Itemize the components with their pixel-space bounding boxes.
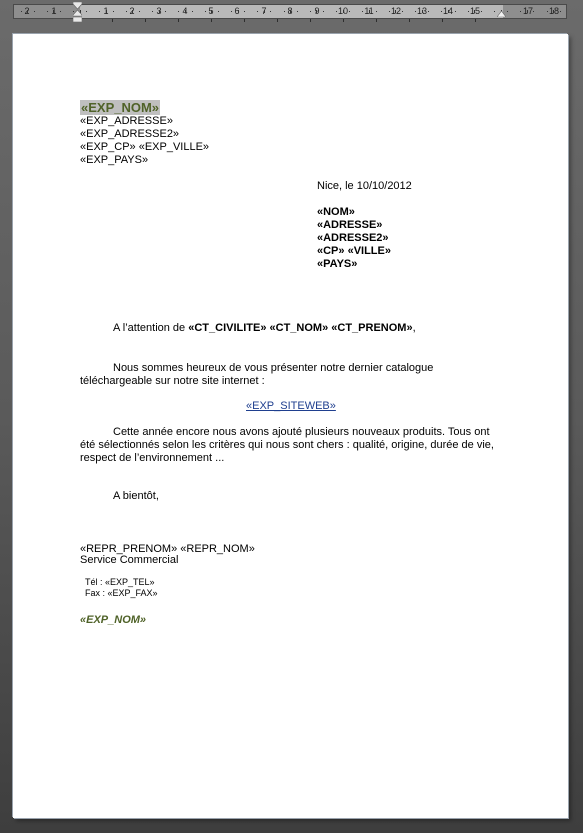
- ruler-tick: [290, 10, 291, 13]
- sender-address2[interactable]: «EXP_ADRESSE2»: [80, 128, 179, 140]
- ruler-tick: [126, 11, 127, 12]
- ruler-tick: [369, 10, 370, 13]
- ruler-tick: [205, 11, 206, 12]
- ruler-tick: [284, 11, 285, 12]
- ruler-tick: [211, 10, 212, 13]
- ruler-tick: [60, 11, 61, 12]
- sender-name-field[interactable]: «EXP_NOM»: [80, 101, 160, 115]
- ruler-tick: [152, 11, 153, 12]
- department: Service Commercial: [80, 554, 178, 566]
- ruler-tick: [238, 10, 239, 13]
- sender-name: «EXP_NOM»: [80, 100, 160, 115]
- ruler-tick: [441, 11, 442, 12]
- ruler-tick: [159, 10, 160, 13]
- ruler-tick: [560, 11, 561, 12]
- ruler-tick: [316, 10, 317, 13]
- paragraph1-line2: téléchargeable sur notre site internet :: [80, 375, 265, 387]
- ruler-tick: [310, 11, 311, 12]
- ruler-tick: [455, 11, 456, 12]
- ruler-tick: [527, 10, 528, 13]
- ruler-tick: [448, 10, 449, 13]
- ruler-tick: [139, 11, 140, 12]
- ruler-tick: [53, 10, 54, 13]
- sender-cp-ville[interactable]: «EXP_CP» «EXP_VILLE»: [80, 141, 209, 153]
- closing-line: A bientôt,: [113, 490, 159, 502]
- ruler-tick: [86, 11, 87, 12]
- ruler-tick: [362, 11, 363, 12]
- ruler-tick: [343, 10, 344, 13]
- paragraph1-line1: Nous sommes heureux de vous présenter no…: [113, 362, 433, 374]
- paragraph2-line3: respect de l’environnement ...: [80, 452, 224, 464]
- ruler-tick: [264, 10, 265, 13]
- ruler-tick: [257, 11, 258, 12]
- ruler-tick: [192, 11, 193, 12]
- ruler-tick: [113, 11, 114, 12]
- sender-country[interactable]: «EXP_PAYS»: [80, 154, 148, 166]
- sender-address1[interactable]: «EXP_ADRESSE»: [80, 115, 173, 127]
- ruler-tick: [507, 11, 508, 12]
- attention-prefix: A l’attention de: [113, 322, 188, 334]
- ruler-tick: [389, 11, 390, 12]
- ruler-tick: [481, 11, 482, 12]
- ruler-tick: [34, 11, 35, 12]
- ruler-tick: [165, 11, 166, 12]
- ruler-tick: [132, 10, 133, 13]
- ruler-tick: [297, 11, 298, 12]
- recipient-name[interactable]: «NOM»: [317, 206, 355, 218]
- ruler-tick: [402, 11, 403, 12]
- contact-fields[interactable]: «CT_CIVILITE» «CT_NOM» «CT_PRENOM»: [188, 322, 412, 334]
- recipient-address1[interactable]: «ADRESSE»: [317, 219, 382, 231]
- ruler-tick: [395, 10, 396, 13]
- recipient-country[interactable]: «PAYS»: [317, 258, 357, 270]
- ruler-tick: [47, 11, 48, 12]
- ruler-tick: [553, 10, 554, 13]
- ruler-tick: [218, 11, 219, 12]
- ruler-tick: [468, 11, 469, 12]
- ruler-tick: [376, 11, 377, 12]
- ruler-tick: [547, 11, 548, 12]
- website-link[interactable]: «EXP_SITEWEB»: [246, 400, 336, 412]
- ruler-tick: [99, 11, 100, 12]
- ruler-tick: [336, 11, 337, 12]
- attention-suffix: ,: [413, 322, 416, 334]
- ruler-tick: [494, 11, 495, 12]
- ruler-tick: [349, 11, 350, 12]
- recipient-address2[interactable]: «ADRESSE2»: [317, 232, 389, 244]
- ruler-tick: [323, 11, 324, 12]
- ruler-tick: [533, 11, 534, 12]
- phone-line[interactable]: Tél : «EXP_TEL»: [85, 577, 155, 587]
- ruler-tick: [185, 10, 186, 13]
- ruler-tick: [474, 10, 475, 13]
- ruler-tick: [231, 11, 232, 12]
- ruler-tick: [27, 10, 28, 13]
- recipient-cp-ville[interactable]: «CP» «VILLE»: [317, 245, 391, 257]
- fax-line[interactable]: Fax : «EXP_FAX»: [85, 588, 158, 598]
- attention-line: A l’attention de «CT_CIVILITE» «CT_NOM» …: [113, 322, 416, 334]
- paragraph2-line2: été sélectionnés selon les critères qui …: [80, 439, 494, 451]
- date-line: Nice, le 10/10/2012: [317, 180, 412, 192]
- ruler-tick: [415, 11, 416, 12]
- ruler-tick: [106, 10, 107, 13]
- ruler-tick: [244, 11, 245, 12]
- document-page[interactable]: «EXP_NOM» «EXP_ADRESSE» «EXP_ADRESSE2» «…: [13, 34, 568, 818]
- ruler-tick: [422, 10, 423, 13]
- ruler-tick: [270, 11, 271, 12]
- paragraph2-line1: Cette année encore nous avons ajouté plu…: [113, 426, 490, 438]
- ruler-number: 17: [523, 6, 533, 16]
- signature-company-name[interactable]: «EXP_NOM»: [80, 614, 146, 626]
- ruler-tick: [428, 11, 429, 12]
- ruler-tab-stops: [0, 19, 583, 25]
- ruler-tick: [21, 11, 22, 12]
- ruler-tick: [178, 11, 179, 12]
- ruler-tick: [520, 11, 521, 12]
- horizontal-ruler[interactable]: 2 1 1 2 3 4 5 6 7 8 9 10 11 12 13 14 15 …: [13, 4, 567, 19]
- right-indent-marker-icon[interactable]: [497, 9, 506, 17]
